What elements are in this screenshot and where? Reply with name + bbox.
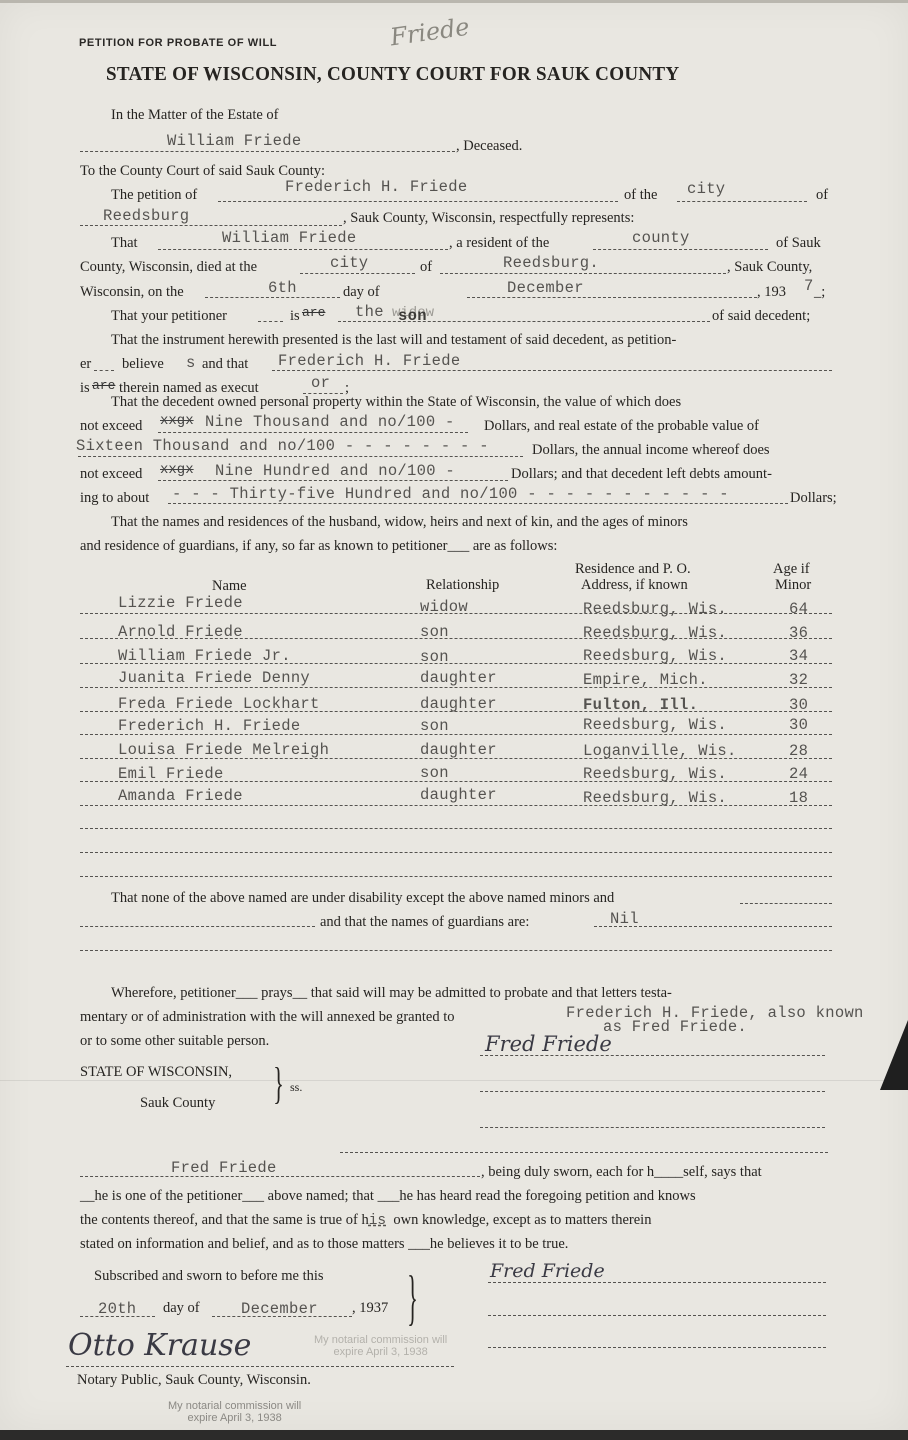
signature-line-4 bbox=[488, 1315, 826, 1316]
struck-text-1: xxgx bbox=[160, 413, 194, 429]
petitioner-signature: Fred Friede bbox=[485, 1032, 612, 1056]
day-of-label: day of bbox=[343, 284, 380, 301]
blank-line bbox=[80, 926, 315, 927]
heir-relationship: daughter bbox=[420, 669, 497, 687]
of-the-label: of the bbox=[624, 187, 657, 204]
heir-residence: Reedsburg, Wis. bbox=[583, 600, 727, 618]
relation-line bbox=[338, 321, 710, 322]
of-decedent-label: of said decedent; bbox=[712, 308, 810, 325]
column-header-name: Name bbox=[212, 578, 247, 595]
heir-name: Amanda Friede bbox=[118, 787, 243, 805]
heir-age: 34 bbox=[789, 647, 808, 665]
notary-day: 20th bbox=[98, 1300, 136, 1318]
empty-row-line bbox=[80, 852, 832, 853]
affiant-signature: Fred Friede bbox=[490, 1260, 605, 1282]
residence-type-line bbox=[593, 249, 768, 250]
believe-label: believe bbox=[122, 356, 164, 373]
municipality-type-line bbox=[677, 201, 807, 202]
notary-month: December bbox=[241, 1300, 318, 1318]
heir-residence: Reedsburg, Wis. bbox=[583, 716, 727, 734]
debts-value-line bbox=[168, 503, 788, 504]
heir-age: 36 bbox=[789, 624, 808, 642]
notary-day-of-label: day of bbox=[163, 1300, 200, 1317]
personal-value-line bbox=[158, 432, 468, 433]
signature-line-5 bbox=[488, 1347, 826, 1348]
heir-residence: Reedsburg, Wis. bbox=[583, 765, 727, 783]
heir-residence: Reedsburg, Wis. bbox=[583, 647, 727, 665]
column-header-age: Age if bbox=[773, 561, 810, 578]
heir-age: 24 bbox=[789, 765, 808, 783]
personal-property-value: Nine Thousand and no/100 - bbox=[205, 413, 455, 431]
column-header-residence: Residence and P. O. bbox=[575, 561, 691, 578]
form-type: PETITION FOR PROBATE OF WILL bbox=[79, 37, 277, 49]
year-prefix: , 193 bbox=[757, 284, 786, 301]
prayer-line-2: mentary or of administration with the wi… bbox=[80, 1009, 454, 1026]
stamp-line-2-faint: expire April 3, 1938 bbox=[314, 1346, 447, 1358]
not-exceed-label-2: not exceed bbox=[80, 466, 142, 483]
heir-relationship: son bbox=[420, 717, 449, 735]
death-month-line bbox=[467, 297, 757, 298]
dollars-real-label: Dollars, and real estate of the probable… bbox=[484, 418, 759, 435]
heir-relationship: daughter bbox=[420, 786, 497, 804]
affiant-signature-line bbox=[488, 1282, 826, 1283]
guardians-value: Nil bbox=[610, 910, 639, 928]
grantee-alias: as Fred Friede. bbox=[603, 1018, 747, 1036]
jurat-line-3: the contents thereof, and that the same … bbox=[80, 1212, 651, 1229]
notary-title: Notary Public, Sauk County, Wisconsin. bbox=[77, 1372, 311, 1389]
blank-line bbox=[340, 1152, 828, 1153]
decedent-name-2: William Friede bbox=[222, 229, 356, 247]
will-line-1: That the instrument herewith presented i… bbox=[111, 332, 676, 349]
heir-name: Emil Friede bbox=[118, 765, 224, 783]
brace-icon: } bbox=[273, 1058, 284, 1109]
heir-residence: Reedsburg, Wis. bbox=[583, 789, 727, 807]
and-that-label: and that bbox=[202, 356, 248, 373]
heir-relationship: widow bbox=[420, 598, 468, 616]
page-top-edge bbox=[0, 0, 908, 3]
heir-relationship: daughter bbox=[420, 741, 497, 759]
heir-name: William Friede Jr. bbox=[118, 647, 291, 665]
death-month: December bbox=[507, 279, 584, 297]
notary-year: , 1937 bbox=[352, 1300, 388, 1317]
blank-line bbox=[80, 950, 832, 951]
blank-line bbox=[94, 370, 114, 371]
heir-name: Arnold Friede bbox=[118, 623, 243, 641]
heir-relationship: daughter bbox=[420, 695, 497, 713]
decedent-line bbox=[80, 151, 455, 152]
jurat-state: STATE OF WISCONSIN, bbox=[80, 1064, 232, 1081]
deceased-label: , Deceased. bbox=[456, 138, 522, 155]
stamp-line-1: My notarial commission will bbox=[168, 1400, 301, 1412]
empty-row-line bbox=[80, 828, 832, 829]
heir-relationship: son bbox=[420, 623, 449, 641]
represents-label: , Sauk County, Wisconsin, respectfully r… bbox=[343, 210, 634, 227]
on-the-label: Wisconsin, on the bbox=[80, 284, 184, 301]
jurat-line-3a: the contents thereof, and that the same … bbox=[80, 1212, 369, 1228]
petitioner-name: Frederich H. Friede bbox=[285, 178, 467, 196]
of-label: of bbox=[816, 187, 828, 204]
heir-residence: Reedsburg, Wis. bbox=[583, 624, 727, 642]
heir-name: Juanita Friede Denny bbox=[118, 669, 310, 687]
income-value-line bbox=[158, 480, 508, 481]
heir-residence: Fulton, Ill. bbox=[583, 696, 698, 714]
petitioner-line bbox=[218, 201, 618, 202]
sauk-county-label: , Sauk County, bbox=[727, 259, 812, 276]
sworn-label: , being duly sworn, each for h____self, … bbox=[481, 1164, 762, 1181]
death-place-type-line bbox=[300, 273, 415, 274]
municipality-type: city bbox=[687, 180, 725, 198]
is-struck-2: are bbox=[92, 378, 115, 393]
blank-line bbox=[258, 321, 283, 322]
debts-value: - - - Thirty-five Hundred and no/100 - -… bbox=[172, 485, 729, 503]
signature-line-2 bbox=[480, 1091, 825, 1092]
row-line bbox=[80, 687, 832, 688]
petition-label: The petition of bbox=[111, 187, 197, 204]
is-struck: are bbox=[302, 305, 325, 320]
struck-text-2: xxgx bbox=[160, 462, 194, 478]
death-day: 6th bbox=[268, 279, 297, 297]
heir-name: Louisa Friede Melreigh bbox=[118, 741, 329, 759]
ing-to-label: ing to about bbox=[80, 490, 149, 507]
stamp-line-1-faint: My notarial commission will bbox=[314, 1334, 447, 1346]
heirs-intro-line-2: and residence of guardians, if any, so f… bbox=[80, 538, 557, 555]
that-label: That bbox=[111, 235, 138, 252]
death-place-line bbox=[440, 273, 726, 274]
empty-row-line bbox=[80, 876, 832, 877]
municipality: Reedsburg bbox=[103, 207, 189, 225]
notary-stamp-faint: My notarial commission will expire April… bbox=[314, 1334, 447, 1358]
heir-residence: Loganville, Wis. bbox=[583, 742, 737, 760]
jurat-line-3b: own knowledge, except as to matters ther… bbox=[393, 1212, 651, 1228]
relation: son bbox=[398, 307, 427, 325]
jurat-line-2: __he is one of the petitioner___ above n… bbox=[80, 1188, 696, 1205]
heir-name: Freda Friede Lockhart bbox=[118, 695, 320, 713]
property-line-1: That the decedent owned personal propert… bbox=[111, 394, 681, 411]
municipality-line bbox=[80, 225, 342, 226]
notary-stamp: My notarial commission will expire April… bbox=[168, 1400, 301, 1424]
heir-residence: Empire, Mich. bbox=[583, 671, 708, 689]
jurat-county: Sauk County bbox=[140, 1095, 215, 1112]
is-label: is bbox=[290, 308, 300, 325]
column-header-age-2: Minor bbox=[775, 577, 811, 594]
death-place-type: city bbox=[330, 254, 368, 272]
notary-signature-line bbox=[66, 1366, 454, 1367]
of-label-2: of bbox=[420, 259, 432, 276]
died-at-label: County, Wisconsin, died at the bbox=[80, 259, 257, 276]
is-label-2: is bbox=[80, 380, 90, 397]
heir-name: Lizzie Friede bbox=[118, 594, 243, 612]
year-suffix: _; bbox=[814, 284, 825, 301]
resident-label: , a resident of the bbox=[449, 235, 549, 252]
blank-line bbox=[740, 903, 832, 904]
death-day-line bbox=[205, 297, 340, 298]
black-tab-marker bbox=[880, 1020, 908, 1090]
annual-income-value: Nine Hundred and no/100 - bbox=[215, 462, 455, 480]
believe-suffix: s bbox=[186, 354, 196, 372]
petitioner-relation-label: That your petitioner bbox=[111, 308, 227, 325]
not-exceed-label: not exceed bbox=[80, 418, 142, 435]
column-header-residence-2: Address, if known bbox=[581, 577, 688, 594]
decedent-line-2 bbox=[158, 249, 448, 250]
of-sauk-label: of Sauk bbox=[776, 235, 821, 252]
relation-the: the bbox=[355, 303, 384, 321]
heir-age: 18 bbox=[789, 789, 808, 807]
affiant-line bbox=[80, 1176, 480, 1177]
executor-suffix: or bbox=[311, 374, 330, 392]
heir-age: 28 bbox=[789, 742, 808, 760]
real-estate-value: Sixteen Thousand and no/100 - - - - - - … bbox=[76, 437, 489, 455]
jurat-his: is bbox=[369, 1213, 386, 1229]
heir-relationship: son bbox=[420, 648, 449, 666]
estate-intro: In the Matter of the Estate of bbox=[111, 107, 279, 124]
death-year-digit: 7 bbox=[804, 277, 814, 295]
heir-age: 30 bbox=[789, 716, 808, 734]
heir-age: 30 bbox=[789, 696, 808, 714]
real-value-line bbox=[78, 456, 523, 457]
residence-type: county bbox=[632, 229, 690, 247]
signature-line-3 bbox=[480, 1127, 825, 1128]
notary-signature: Otto Krause bbox=[68, 1328, 251, 1363]
heirs-intro-line-1: That the names and residences of the hus… bbox=[111, 514, 688, 531]
executor-name: Frederich H. Friede bbox=[278, 352, 460, 370]
executor-line bbox=[272, 370, 832, 371]
death-place: Reedsburg. bbox=[503, 254, 599, 272]
jurat-ss: ss. bbox=[290, 1080, 302, 1095]
page-bottom-edge bbox=[0, 1430, 908, 1440]
jurat-line-4: stated on information and belief, and as… bbox=[80, 1236, 568, 1253]
column-header-relationship: Relationship bbox=[426, 577, 499, 594]
disability-line-1: That none of the above named are under d… bbox=[111, 890, 614, 907]
dollars-income-label: Dollars, the annual income whereof does bbox=[532, 442, 770, 459]
decedent-name: William Friede bbox=[167, 132, 301, 150]
heir-age: 64 bbox=[789, 600, 808, 618]
document-title: STATE OF WISCONSIN, COUNTY COURT FOR SAU… bbox=[106, 63, 679, 86]
guardians-label: and that the names of guardians are: bbox=[320, 914, 529, 931]
dollars-debts-label: Dollars; and that decedent left debts am… bbox=[511, 466, 772, 483]
prayer-line-1: Wherefore, petitioner___ prays__ that sa… bbox=[111, 985, 672, 1002]
affiant-name: Fred Friede bbox=[171, 1159, 277, 1177]
subscribed-label: Subscribed and sworn to before me this bbox=[94, 1268, 324, 1285]
heir-age: 32 bbox=[789, 671, 808, 689]
stamp-line-2: expire April 3, 1938 bbox=[168, 1412, 301, 1424]
brace-icon-2: } bbox=[407, 1262, 418, 1333]
er-label: er bbox=[80, 356, 91, 373]
heir-name: Frederich H. Friede bbox=[118, 717, 300, 735]
heir-relationship: son bbox=[420, 764, 449, 782]
dollars-end-label: Dollars; bbox=[790, 490, 837, 507]
prayer-line-3: or to some other suitable person. bbox=[80, 1033, 269, 1050]
